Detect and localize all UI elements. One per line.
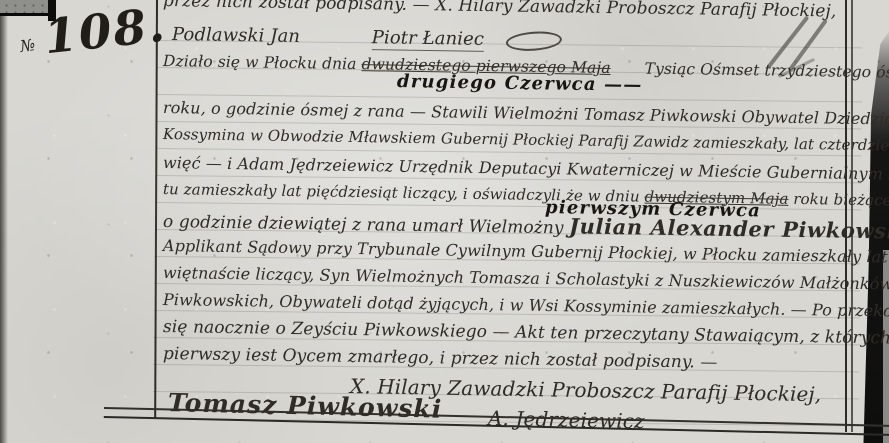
death-date-line: tu zamieszkały lat pięćdziesiąt liczący,… <box>163 180 889 210</box>
act-number: 108. <box>41 0 169 65</box>
pen-stroke-mark <box>767 16 810 69</box>
prev-act-names-line: Podlawski Jan Piotr Łaniec <box>172 24 562 51</box>
death-line-pre: o godzinie dziewiątej z rana umarł Wielm… <box>163 212 569 238</box>
signature-witness: A. Jędrzeiewicz <box>488 406 645 433</box>
scan-left-edge-shadow <box>0 0 8 443</box>
act-date-post: Tysiąc Ośmset trzydziestego ósmego <box>644 60 889 83</box>
act-text-line-10: Piwkowskich, Obywateli dotąd żyjących, i… <box>163 290 889 321</box>
death-record-scan: № 108. przez nich został podpisany. — X.… <box>0 0 889 443</box>
act-text-line-9: więtnaście liczący, Syn Wielmożnych Toma… <box>163 263 889 293</box>
act-text-line-5: więć — i Adam Jędrzeiewicz Urzędnik Depu… <box>163 153 889 184</box>
act-text-line-4: Kossymina w Obwodzie Mławskiem Gubernij … <box>163 125 889 155</box>
prev-act-name-2: Piotr Łaniec <box>372 27 485 52</box>
deceased-name: Julian Alexander Piwkowski <box>569 213 889 243</box>
margin-vertical-rule <box>154 0 158 418</box>
prev-act-closing-line: przez nich został podpisany. — X. Hilary… <box>163 0 837 22</box>
act-date-pre: Działo się w Płocku dnia <box>163 52 362 73</box>
act-text-line-3: roku, o godzinie ósmej z rana — Stawili … <box>163 98 889 129</box>
death-date-post: roku bieżącego <box>788 190 889 210</box>
spacer <box>306 42 366 43</box>
act-text-line-11: się naocznie o Zeyściu Piwkowskiego — Ak… <box>163 317 889 348</box>
pen-flourish-loop-icon <box>505 29 562 52</box>
act-date-correction: drugiego Czerwca —— <box>397 71 643 96</box>
act-text-line-12: pierwszy iest Oycem zmarłego, i przez ni… <box>163 344 718 373</box>
prev-act-name-1: Podlawski Jan <box>172 24 300 47</box>
number-sign: № <box>19 35 37 56</box>
